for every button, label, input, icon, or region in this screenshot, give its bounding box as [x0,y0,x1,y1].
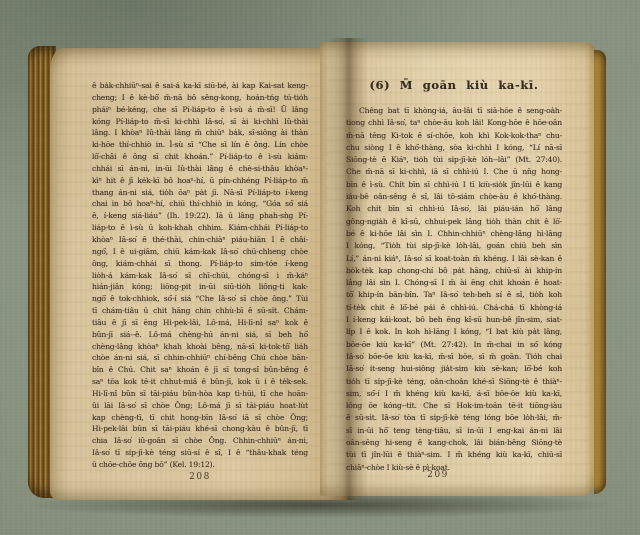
text-line: Hi-lī-nî bûn sī tāi-piáu bûn-hòa kap tì-… [92,388,308,400]
left-page-number: 208 [92,472,308,482]
text-line: kóng Pí-liáp-to m̄-sī ki-chhì Iâ-so͘, sī… [92,116,308,128]
text-line: Iâ-so͘ tī si̍p-jī-kè téng siū-sí ê sî, I… [92,447,308,459]
text-line: tiong chhì Iâ-so͘, taⁿ chòe-āu koh lâi! … [346,117,562,129]
text-line: Lí,” án-ni kiáⁿ, Iâ-so͘ sī koat-toàn m̄ … [346,253,562,265]
text-line: tō͘ khip-ín bān-bîn. Taⁿ Iâ-so͘ teh-beh … [346,289,562,301]
text-line: Che m̄-nā sī ki-chhì, iā sī chhì-iú I. C… [346,166,562,178]
text-line: Iâ-so͘ it-seng hui-siông jia̍t-sim kiù s… [346,363,562,375]
text-line: I í-keng kái-koat, bô beh ēng kî-sū hun-… [346,314,562,326]
text-line: ê ba̍k-chhiūⁿ-sai ê sai-á ka-kī siū-bé, … [92,80,308,92]
text-line: liáp-to ê ì-sù ū koh-khah chhim. Kiám-ch… [92,222,308,234]
text-line: saⁿ tōa kok tē-it chhut-miâ ê bûn-jī, ko… [92,376,308,388]
text-line: chia Iâ-so͘ iû-goân sī chòe Ông. Chhin-c… [92,435,308,447]
text-line: sim, só͘-í I m̄ khéng kiù ka-kī, á-sī bō… [346,388,562,400]
right-page-text: (6) M̄ goān kiù ka-kī. Chêng bat tī khòn… [346,78,562,474]
text-line: chòe án-ni siá, sī chhin-chhiūⁿ chí-bêng… [92,352,308,364]
text-line: bōe-ōe kiù ka-kī” (Mt. 27:42). In m̄-cha… [346,339,562,351]
left-page-lines: ê ba̍k-chhiūⁿ-sai ê sai-á ka-kī siū-bé, … [92,80,308,471]
book-photo: ê ba̍k-chhiūⁿ-sai ê sai-á ka-kī siū-bé, … [0,0,640,535]
text-line: ê sū-si̍t. Iâ-so͘ tòa tī si̍p-jī-kè téng… [346,412,562,424]
text-line: chai in bô hoaⁿ-hí, chiū thí-chhiò in kó… [92,198,308,210]
text-line: lóng ōe kóng--tit. Che sī Hok-im-toān tē… [346,400,562,412]
text-line: ngó͘, I ê ui-giâm, chiū kám-kak Iâ-so͘ c… [92,246,308,258]
text-line: tio̍h tī si̍p-jī-kè téng, oân-choân khé-… [346,376,562,388]
text-line: tí-te̍k chit ê lō͘-bé pái ê chhì-iú. Chá… [346,302,562,314]
text-line: chèng-lâng khòaⁿ khah khoài bêng, nā-sī … [92,341,308,353]
text-line: ngō͘ ê tok-chhiok, só͘-í siá “Che Iâ-so͘… [92,293,308,305]
text-line: cheng; I ê kè-bô͘ m̄-nā bô sêng-kong, ho… [92,92,308,104]
text-line: lâng lâi sìn I. Chóng-sī I m̄ ài ēng chi… [346,277,562,289]
text-line: ûi lāi Iâ-so͘ sī chòe Ông; Lô-má jī sī t… [92,400,308,412]
text-line: iáu-bē oân-sêng ê sî, lâi tô-siám chòe-ā… [346,191,562,203]
text-line: lio̍h-á kám-kak Iâ-so͘ sī chī-chūi, chón… [92,270,308,282]
text-line: ki-hōe thí-chhiò in. Ì-sù sī “Che sī lín… [92,139,308,151]
text-line: khòaⁿ Iâ-so͘ ê thé-thài, chin-chiàⁿ piáu… [92,234,308,246]
text-line: bīn ê ì-sù. Chi̍t bīn sī chhì-iú I tī ki… [346,179,562,191]
text-line: tiâu ê jī sī ēng Hi-pek-lâi, Lô-má, Hi-l… [92,317,308,329]
text-line: bûn-jī siá--ê. Lô-má chèng-hú án-ni siá,… [92,329,308,341]
right-page-number: 209 [330,470,546,480]
section-heading: (6) M̄ goān kiù ka-kī. [346,78,562,92]
text-line: kap chèng-tī, tī chit hong-bīn Iâ-so͘ iā… [92,412,308,424]
right-page-edge [594,50,606,494]
text-line: kìⁿ hit ê jī ke̍k-kī bô hoaⁿ-hí, ū pín-c… [92,175,308,187]
text-line: Chêng bat tī khòng-iá, āu-lâi tī siā-hōe… [346,105,562,117]
text-line: sī in-ūi hō͘ teng tèng-tiâu, sī in-ūi I … [346,425,562,437]
text-line: bîn ê Chú. Chit saⁿ khoán ê jī sī tong-s… [92,364,308,376]
text-line: lô͘-châi ê ông sī chit khoán.” Pí-liáp-t… [92,151,308,163]
text-line: tī chám-tiâu ū chit hāng chin chhù-bī ê … [92,305,308,317]
text-line: pháiⁿ bé-kéng, che sī Pí-liáp-to ê ì-sù … [92,104,308,116]
text-line: ông, kiám-chhái sī thong. Pí-liáp-to sim… [92,258,308,270]
text-line: oân-sêng hi-seng ê kang-chok, lâi bián-b… [346,437,562,449]
text-line: lâng. I khòaⁿ Iû-thài lâng m̄ chiūⁿ ba̍k… [92,127,308,139]
text-line: Siōng-tè ê Kiáⁿ, tio̍h tùi si̍p-jī-kè lo… [346,154,562,166]
text-line: chhái sī án-ni, in-ūi Iû-thài lâng ê chè… [92,163,308,175]
text-line: m̄-nā tēng Ki-tok ê sí-chōe, koh khì Kok… [346,130,562,142]
text-line: chu siòng I ê khó͘-thàng, sòa ki-chhì I … [346,142,562,154]
left-page-text: ê ba̍k-chhiūⁿ-sai ê sai-á ka-kī siū-bé, … [92,80,308,471]
text-line: hián-jiân kóng; liōng-pit in-ūi siū-tio̍… [92,281,308,293]
text-line: thang án-ni siá, tio̍h ōaⁿ pa̍t jī. Nā-s… [92,187,308,199]
text-line: li̍p I ê kok. In koh hì-lāng I kóng, “I … [346,326,562,338]
text-line: ū chōe-chōe ông bō” (Kel. 19:12). [92,459,308,471]
text-line: bé ê ki-hōe lâi sìn I. Chhin-chhiūⁿ chèn… [346,228,562,240]
text-line: tùi tī jîn-lūi ê thiàⁿ-sim. I m̄ khéng k… [346,449,562,461]
text-line: bo̍k-te̍k kap chong-chí bô pa̍t hāng, ch… [346,265,562,277]
text-line: Hi-pek-lâi bûn sī tāi-piáu khé-sī chong-… [92,423,308,435]
text-line: Iâ-so͘ bōe-ōe kiù ka-kī, m̄-sī bōe, sī m… [346,351,562,363]
text-line: I kóng, “Tio̍h tùi si̍p-jī-kè lo̍h-lâi, … [346,240,562,252]
text-line: ê, í-keng siá-liáu” (Ih. 19:22). Iā ū lâ… [92,210,308,222]
open-book: ê ba̍k-chhiūⁿ-sai ê sai-á ka-kī siū-bé, … [26,36,606,506]
right-page-lines: Chêng bat tī khòng-iá, āu-lâi tī siā-hōe… [346,105,562,474]
text-line: gông-ngia̍h ê kî-sū, chhui-pek lâng tio̍… [346,216,562,228]
text-line: Koh chi̍t bīn sī chhì-iú Iâ-so͘, lâi piá… [346,203,562,215]
